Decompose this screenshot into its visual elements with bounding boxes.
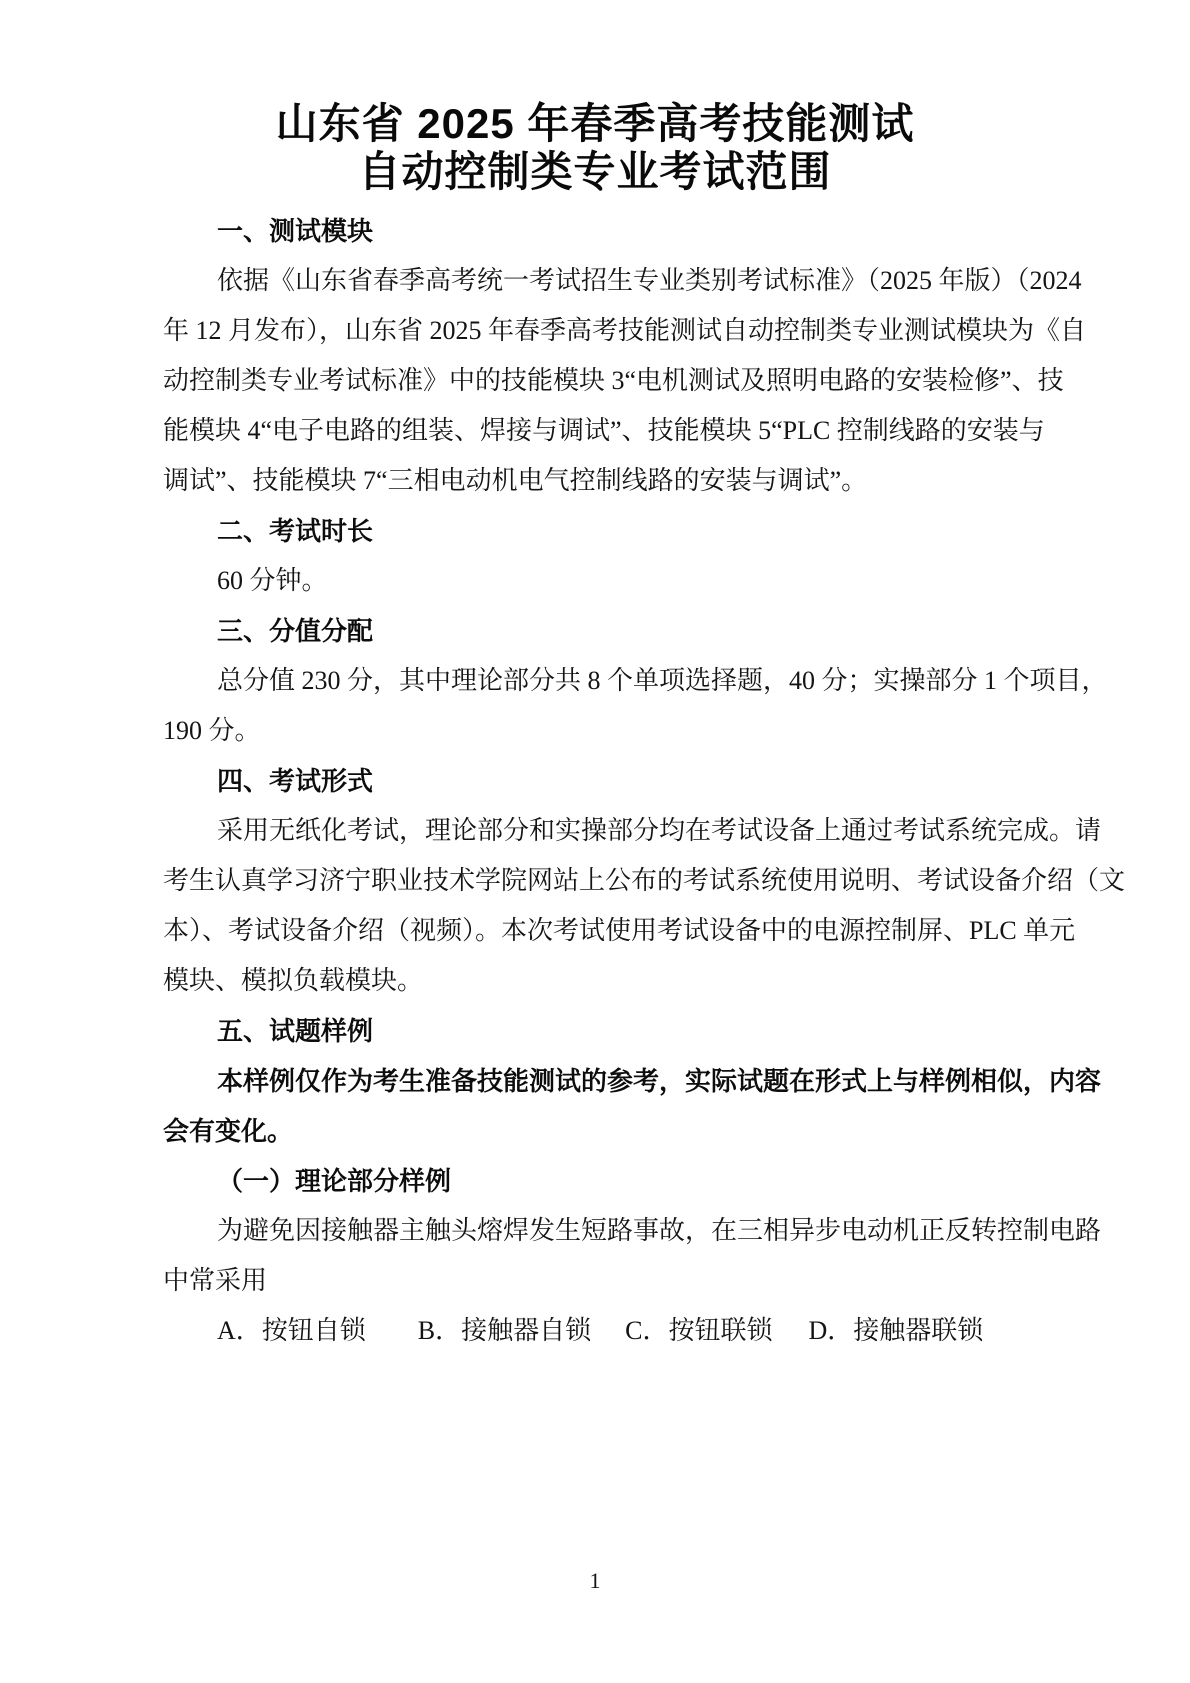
paragraph-line: 年 12 月发布），山东省 2025 年春季高考技能测试自动控制类专业测试模块为… <box>163 306 1063 356</box>
document-title: 山东省 2025 年春季高考技能测试 自动控制类专业考试范围 <box>0 100 1190 196</box>
section-heading-duration: 二、考试时长 <box>163 506 1063 556</box>
paragraph-line: 采用无纸化考试，理论部分和实操部分均在考试设备上通过考试系统完成。请 <box>163 806 1063 856</box>
answer-options-row: A．按钮自锁 B．接触器自锁 C．按钮联锁 D．接触器联锁 <box>163 1306 1063 1356</box>
paragraph-line: 动控制类专业考试标准》中的技能模块 3“电机测试及照明电路的安装检修”、技 <box>163 356 1063 406</box>
section-heading-module: 一、测试模块 <box>163 206 1063 256</box>
option-a: A．按钮自锁 <box>217 1306 366 1356</box>
document-page: 山东省 2025 年春季高考技能测试 自动控制类专业考试范围 一、测试模块 依据… <box>0 0 1190 1683</box>
document-body: 一、测试模块 依据《山东省春季高考统一考试招生专业类别考试标准》（2025 年版… <box>163 206 1063 1356</box>
paragraph-line: 190 分。 <box>163 706 1063 756</box>
title-line-2: 自动控制类专业考试范围 <box>0 148 1190 196</box>
page-number: 1 <box>0 1566 1190 1596</box>
question-line: 为避免因接触器主触头熔焊发生短路事故，在三相异步电动机正反转控制电路 <box>163 1206 1063 1256</box>
paragraph-line: 能模块 4“电子电路的组装、焊接与调试”、技能模块 5“PLC 控制线路的安装与 <box>163 406 1063 456</box>
section-heading-scoring: 三、分值分配 <box>163 606 1063 656</box>
paragraph-line: 依据《山东省春季高考统一考试招生专业类别考试标准》（2025 年版）（2024 <box>163 256 1063 306</box>
paragraph-line: 考生认真学习济宁职业技术学院网站上公布的考试系统使用说明、考试设备介绍（文 <box>163 856 1063 906</box>
option-d: D．接触器联锁 <box>808 1306 983 1356</box>
sample-note-line: 本样例仅作为考生准备技能测试的参考，实际试题在形式上与样例相似，内容 <box>163 1056 1063 1106</box>
title-line-1: 山东省 2025 年春季高考技能测试 <box>0 100 1190 148</box>
question-line: 中常采用 <box>163 1256 1063 1306</box>
option-c: C．按钮联锁 <box>625 1306 772 1356</box>
sample-note-line: 会有变化。 <box>163 1106 1063 1156</box>
paragraph-line: 本）、考试设备介绍（视频）。本次考试使用考试设备中的电源控制屏、PLC 单元 <box>163 906 1063 956</box>
paragraph-line: 模块、模拟负载模块。 <box>163 956 1063 1006</box>
section-heading-samples: 五、试题样例 <box>163 1006 1063 1056</box>
section-heading-format: 四、考试形式 <box>163 756 1063 806</box>
paragraph-line: 总分值 230 分，其中理论部分共 8 个单项选择题，40 分；实操部分 1 个… <box>163 656 1063 706</box>
paragraph-line: 调试”、技能模块 7“三相电动机电气控制线路的安装与调试”。 <box>163 456 1063 506</box>
subsection-heading-theory-sample: （一）理论部分样例 <box>163 1156 1063 1206</box>
paragraph-line: 60 分钟。 <box>163 556 1063 606</box>
option-b: B．接触器自锁 <box>418 1306 591 1356</box>
